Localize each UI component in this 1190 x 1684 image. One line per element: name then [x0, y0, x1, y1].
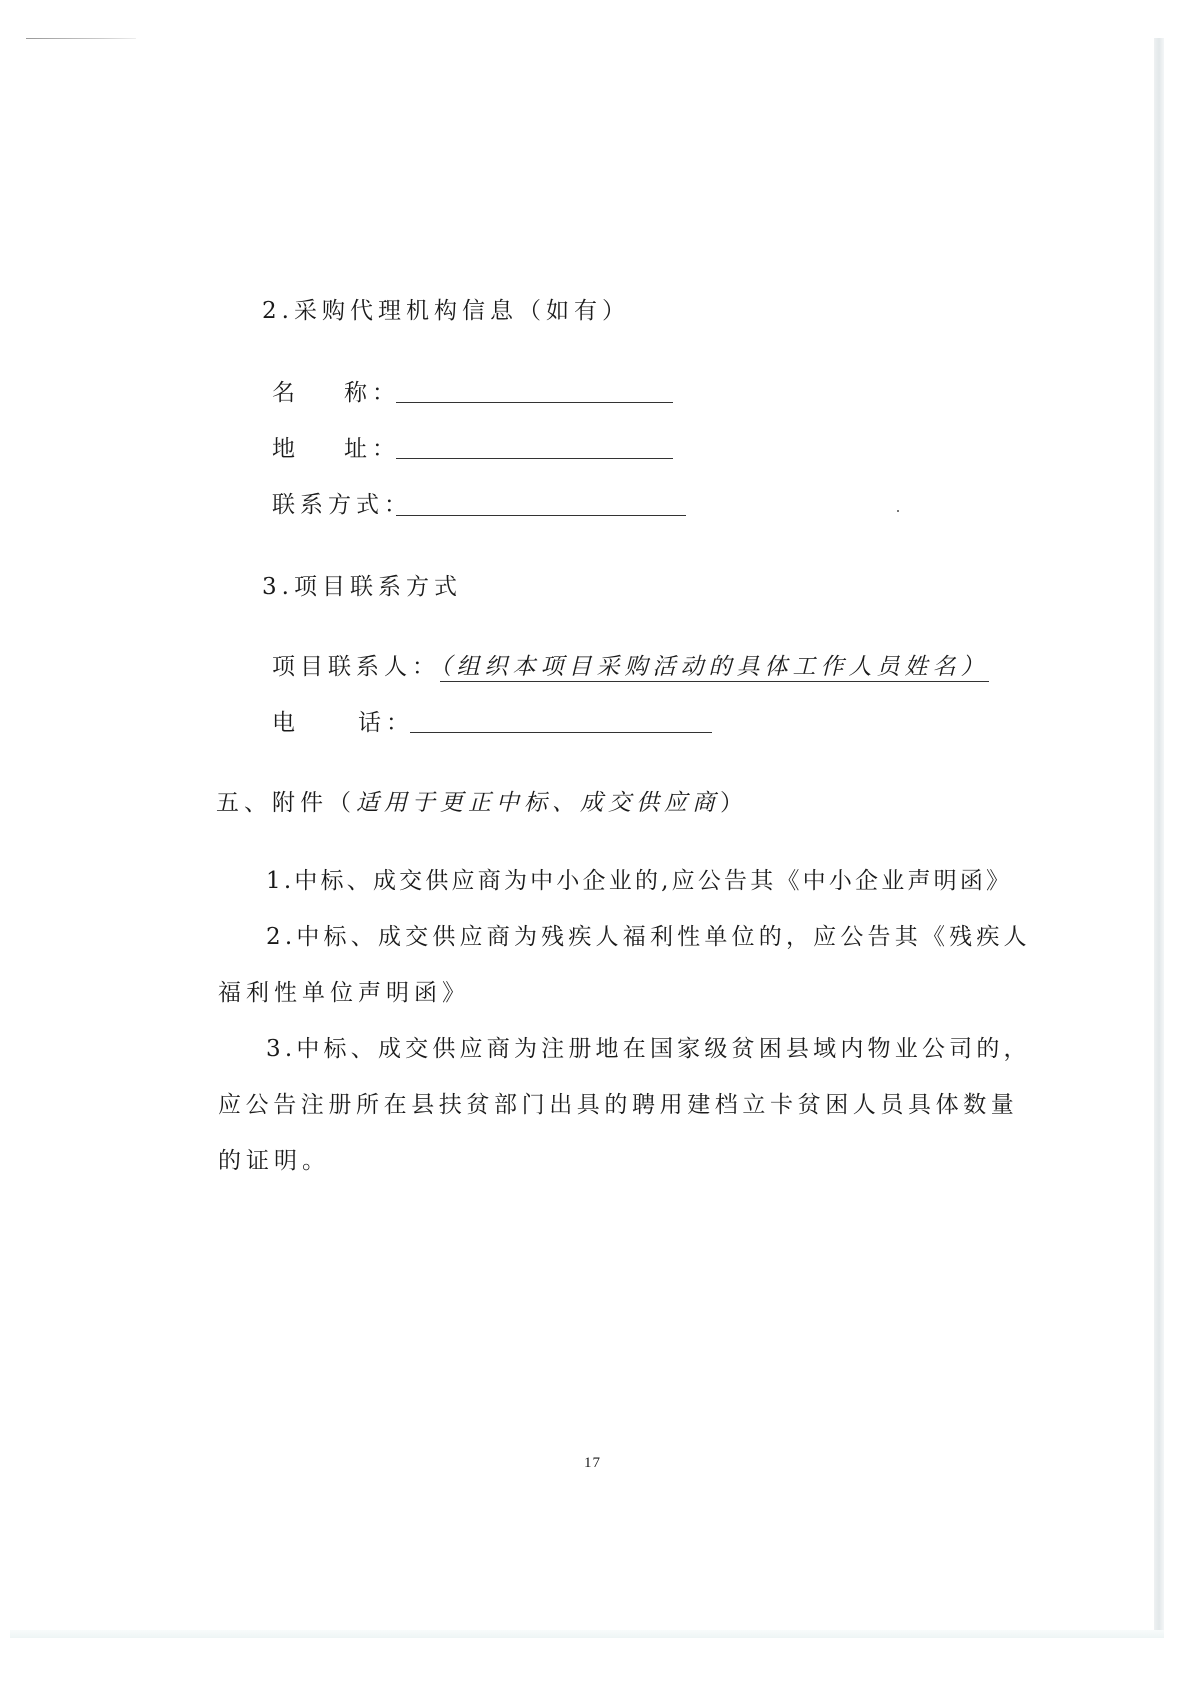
field-contact-label: 联系方式：	[272, 490, 412, 520]
document-page: 2.采购代理机构信息（如有） 名称： 地址： 联系方式： 3.项目联系方式 项目…	[0, 0, 1190, 1684]
scan-artifact-top-line	[26, 38, 136, 39]
field-name-blank[interactable]	[396, 402, 673, 403]
field-address-blank[interactable]	[396, 458, 673, 459]
project-contact-row: 项目联系人：（组织本项目采购活动的具体工作人员姓名）	[272, 652, 989, 682]
phone-label-b: 话：	[358, 710, 414, 736]
project-contact-value[interactable]: （组织本项目采购活动的具体工作人员姓名）	[440, 654, 989, 682]
section-5-heading-note: 适用于更正中标、成交供应商	[356, 790, 720, 816]
attachment-item-2-line-2: 福利性单位声明函》	[218, 978, 470, 1008]
section-5-heading-suffix: ）	[720, 790, 748, 816]
field-name-label-a: 名	[272, 380, 300, 406]
phone-label: 电话：	[272, 708, 414, 738]
section-5-heading-prefix: 五、附件（	[216, 790, 356, 816]
attachment-item-2-line-1: 2.中标、成交供应商为残疾人福利性单位的，应公告其《残疾人	[266, 922, 1031, 952]
page-number: 17	[584, 1455, 601, 1472]
attachment-item-3-line-1: 3.中标、成交供应商为注册地在国家级贫困县域内物业公司的，	[266, 1034, 1031, 1064]
field-address-label-a: 地	[272, 436, 300, 462]
section-5-heading: 五、附件（适用于更正中标、成交供应商）	[216, 788, 748, 818]
field-contact-blank[interactable]	[396, 515, 686, 516]
section-3-heading: 3.项目联系方式	[262, 572, 462, 602]
scan-speck	[897, 510, 899, 512]
phone-blank[interactable]	[410, 732, 712, 733]
field-address-label: 地址：	[272, 434, 400, 464]
attachment-item-3-line-3: 的证明。	[218, 1146, 330, 1176]
attachment-item-1: 1.中标、成交供应商为中小企业的,应公告其《中小企业声明函》	[266, 866, 1012, 896]
field-address-label-b: 址：	[344, 436, 400, 462]
scan-artifact-bottom-band	[10, 1630, 1164, 1638]
attachment-item-3-line-2: 应公告注册所在县扶贫部门出具的聘用建档立卡贫困人员具体数量	[218, 1090, 1018, 1120]
phone-label-a: 电	[272, 710, 300, 736]
field-name-label: 名称：	[272, 378, 400, 408]
field-name-label-b: 称：	[344, 380, 400, 406]
section-2-heading: 2.采购代理机构信息（如有）	[262, 296, 630, 326]
scan-artifact-right-edge	[1154, 38, 1164, 1638]
project-contact-label: 项目联系人：	[272, 654, 440, 680]
